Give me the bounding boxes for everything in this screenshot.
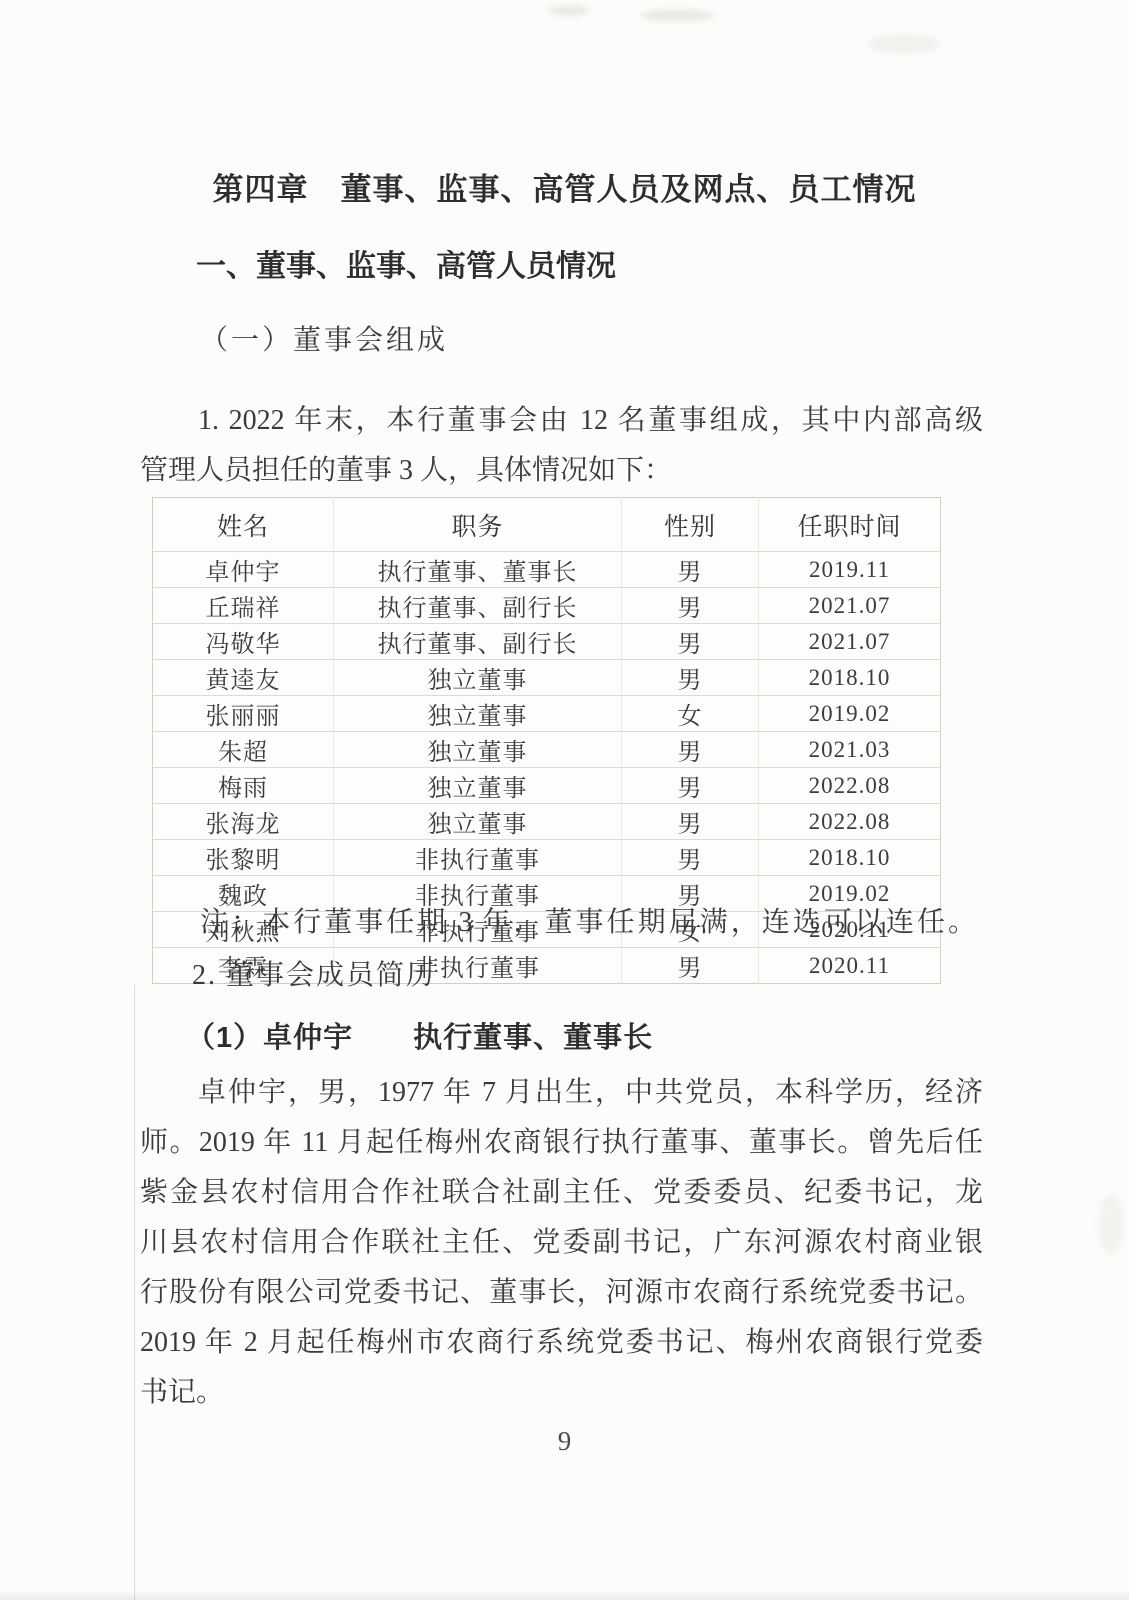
director-position: 执行董事、副行长 — [334, 588, 622, 624]
director-gender: 男 — [622, 948, 759, 984]
header-gender: 性别 — [622, 498, 759, 552]
director-gender: 男 — [622, 804, 759, 840]
director-name: 丘瑞祥 — [153, 588, 334, 624]
table-row: 黄逵友 独立董事 男 2018.10 — [153, 660, 941, 696]
director-gender: 男 — [622, 768, 759, 804]
subsection-heading: （一）董事会组成 — [200, 320, 448, 362]
chapter-title: 第四章 董事、监事、高管人员及网点、员工情况 — [0, 168, 1129, 212]
director-gender: 男 — [622, 588, 759, 624]
table-row: 梅雨 独立董事 男 2022.08 — [153, 768, 941, 804]
director-gender: 男 — [622, 624, 759, 660]
bio-line: 川县农村信用合作联社主任、党委副书记，广东河源农村商业银 — [140, 1218, 983, 1268]
bio-line: 行股份有限公司党委书记、董事长，河源市农商行系统党委书记。 — [140, 1268, 983, 1318]
director-name: 张丽丽 — [153, 696, 334, 732]
director-gender: 男 — [622, 840, 759, 876]
director-name: 卓仲宇 — [153, 552, 334, 588]
director-start-date: 2022.08 — [759, 804, 941, 840]
table-note: 注：本行董事任期 3 年，董事任期届满，连选可以连任。 — [200, 898, 976, 948]
director-position: 独立董事 — [334, 768, 622, 804]
intro-paragraph: 1. 2022 年末，本行董事会由 12 名董事组成，其中内部高级 管理人员担任… — [140, 396, 983, 496]
director-name: 张海龙 — [153, 804, 334, 840]
profile-biography: 卓仲宇，男，1977 年 7 月出生，中共党员，本科学历，经济 师。2019 年… — [140, 1068, 983, 1418]
director-position: 独立董事 — [334, 696, 622, 732]
table-header-row: 姓名 职务 性别 任职时间 — [153, 498, 941, 552]
scan-smudge — [868, 34, 940, 54]
table-row: 朱超 独立董事 男 2021.03 — [153, 732, 941, 768]
resume-heading: 2. 董事会成员简历 — [192, 952, 436, 1000]
table-row: 丘瑞祥 执行董事、副行长 男 2021.07 — [153, 588, 941, 624]
director-position: 独立董事 — [334, 804, 622, 840]
director-name: 冯敬华 — [153, 624, 334, 660]
page-crease-line — [134, 985, 135, 1600]
profile-heading: （1）卓仲宇 执行董事、董事长 — [186, 1016, 653, 1060]
director-name: 张黎明 — [153, 840, 334, 876]
section-heading: 一、董事、监事、高管人员情况 — [196, 246, 616, 288]
director-position: 独立董事 — [334, 732, 622, 768]
bio-line: 2019 年 2 月起任梅州市农商行系统党委书记、梅州农商银行党委 — [140, 1318, 983, 1368]
scan-smudge — [1098, 1195, 1124, 1255]
header-name: 姓名 — [153, 498, 334, 552]
scan-smudge — [548, 5, 590, 16]
header-position: 职务 — [334, 498, 622, 552]
director-position: 执行董事、董事长 — [334, 552, 622, 588]
director-start-date: 2022.08 — [759, 768, 941, 804]
table-row: 张海龙 独立董事 男 2022.08 — [153, 804, 941, 840]
bio-line: 书记。 — [140, 1368, 983, 1418]
director-start-date: 2019.02 — [759, 696, 941, 732]
page-edge-shadow — [0, 1590, 1129, 1600]
header-start-date: 任职时间 — [759, 498, 941, 552]
director-gender: 男 — [622, 660, 759, 696]
scan-smudge — [640, 9, 714, 22]
paragraph-line: 1. 2022 年末，本行董事会由 12 名董事组成，其中内部高级 — [140, 396, 983, 446]
director-start-date: 2019.11 — [759, 552, 941, 588]
director-gender: 女 — [622, 696, 759, 732]
paragraph-line: 管理人员担任的董事 3 人，具体情况如下： — [140, 446, 983, 496]
bio-line: 师。2019 年 11 月起任梅州农商银行执行董事、董事长。曾先后任 — [140, 1118, 983, 1168]
table-row: 张黎明 非执行董事 男 2018.10 — [153, 840, 941, 876]
bio-line: 紫金县农村信用合作社联合社副主任、党委委员、纪委书记，龙 — [140, 1168, 983, 1218]
bio-line: 卓仲宇，男，1977 年 7 月出生，中共党员，本科学历，经济 — [140, 1068, 983, 1118]
director-position: 执行董事、副行长 — [334, 624, 622, 660]
director-name: 黄逵友 — [153, 660, 334, 696]
director-start-date: 2021.07 — [759, 624, 941, 660]
director-start-date: 2021.03 — [759, 732, 941, 768]
director-name: 梅雨 — [153, 768, 334, 804]
director-start-date: 2018.10 — [759, 660, 941, 696]
table-row: 卓仲宇 执行董事、董事长 男 2019.11 — [153, 552, 941, 588]
director-position: 非执行董事 — [334, 840, 622, 876]
director-position: 独立董事 — [334, 660, 622, 696]
page-number: 9 — [0, 1426, 1129, 1457]
director-start-date: 2021.07 — [759, 588, 941, 624]
table-row: 冯敬华 执行董事、副行长 男 2021.07 — [153, 624, 941, 660]
document-page: 第四章 董事、监事、高管人员及网点、员工情况 一、董事、监事、高管人员情况 （一… — [0, 0, 1129, 1600]
director-start-date: 2020.11 — [759, 948, 941, 984]
director-gender: 男 — [622, 732, 759, 768]
table-row: 张丽丽 独立董事 女 2019.02 — [153, 696, 941, 732]
director-name: 朱超 — [153, 732, 334, 768]
director-gender: 男 — [622, 552, 759, 588]
director-start-date: 2018.10 — [759, 840, 941, 876]
